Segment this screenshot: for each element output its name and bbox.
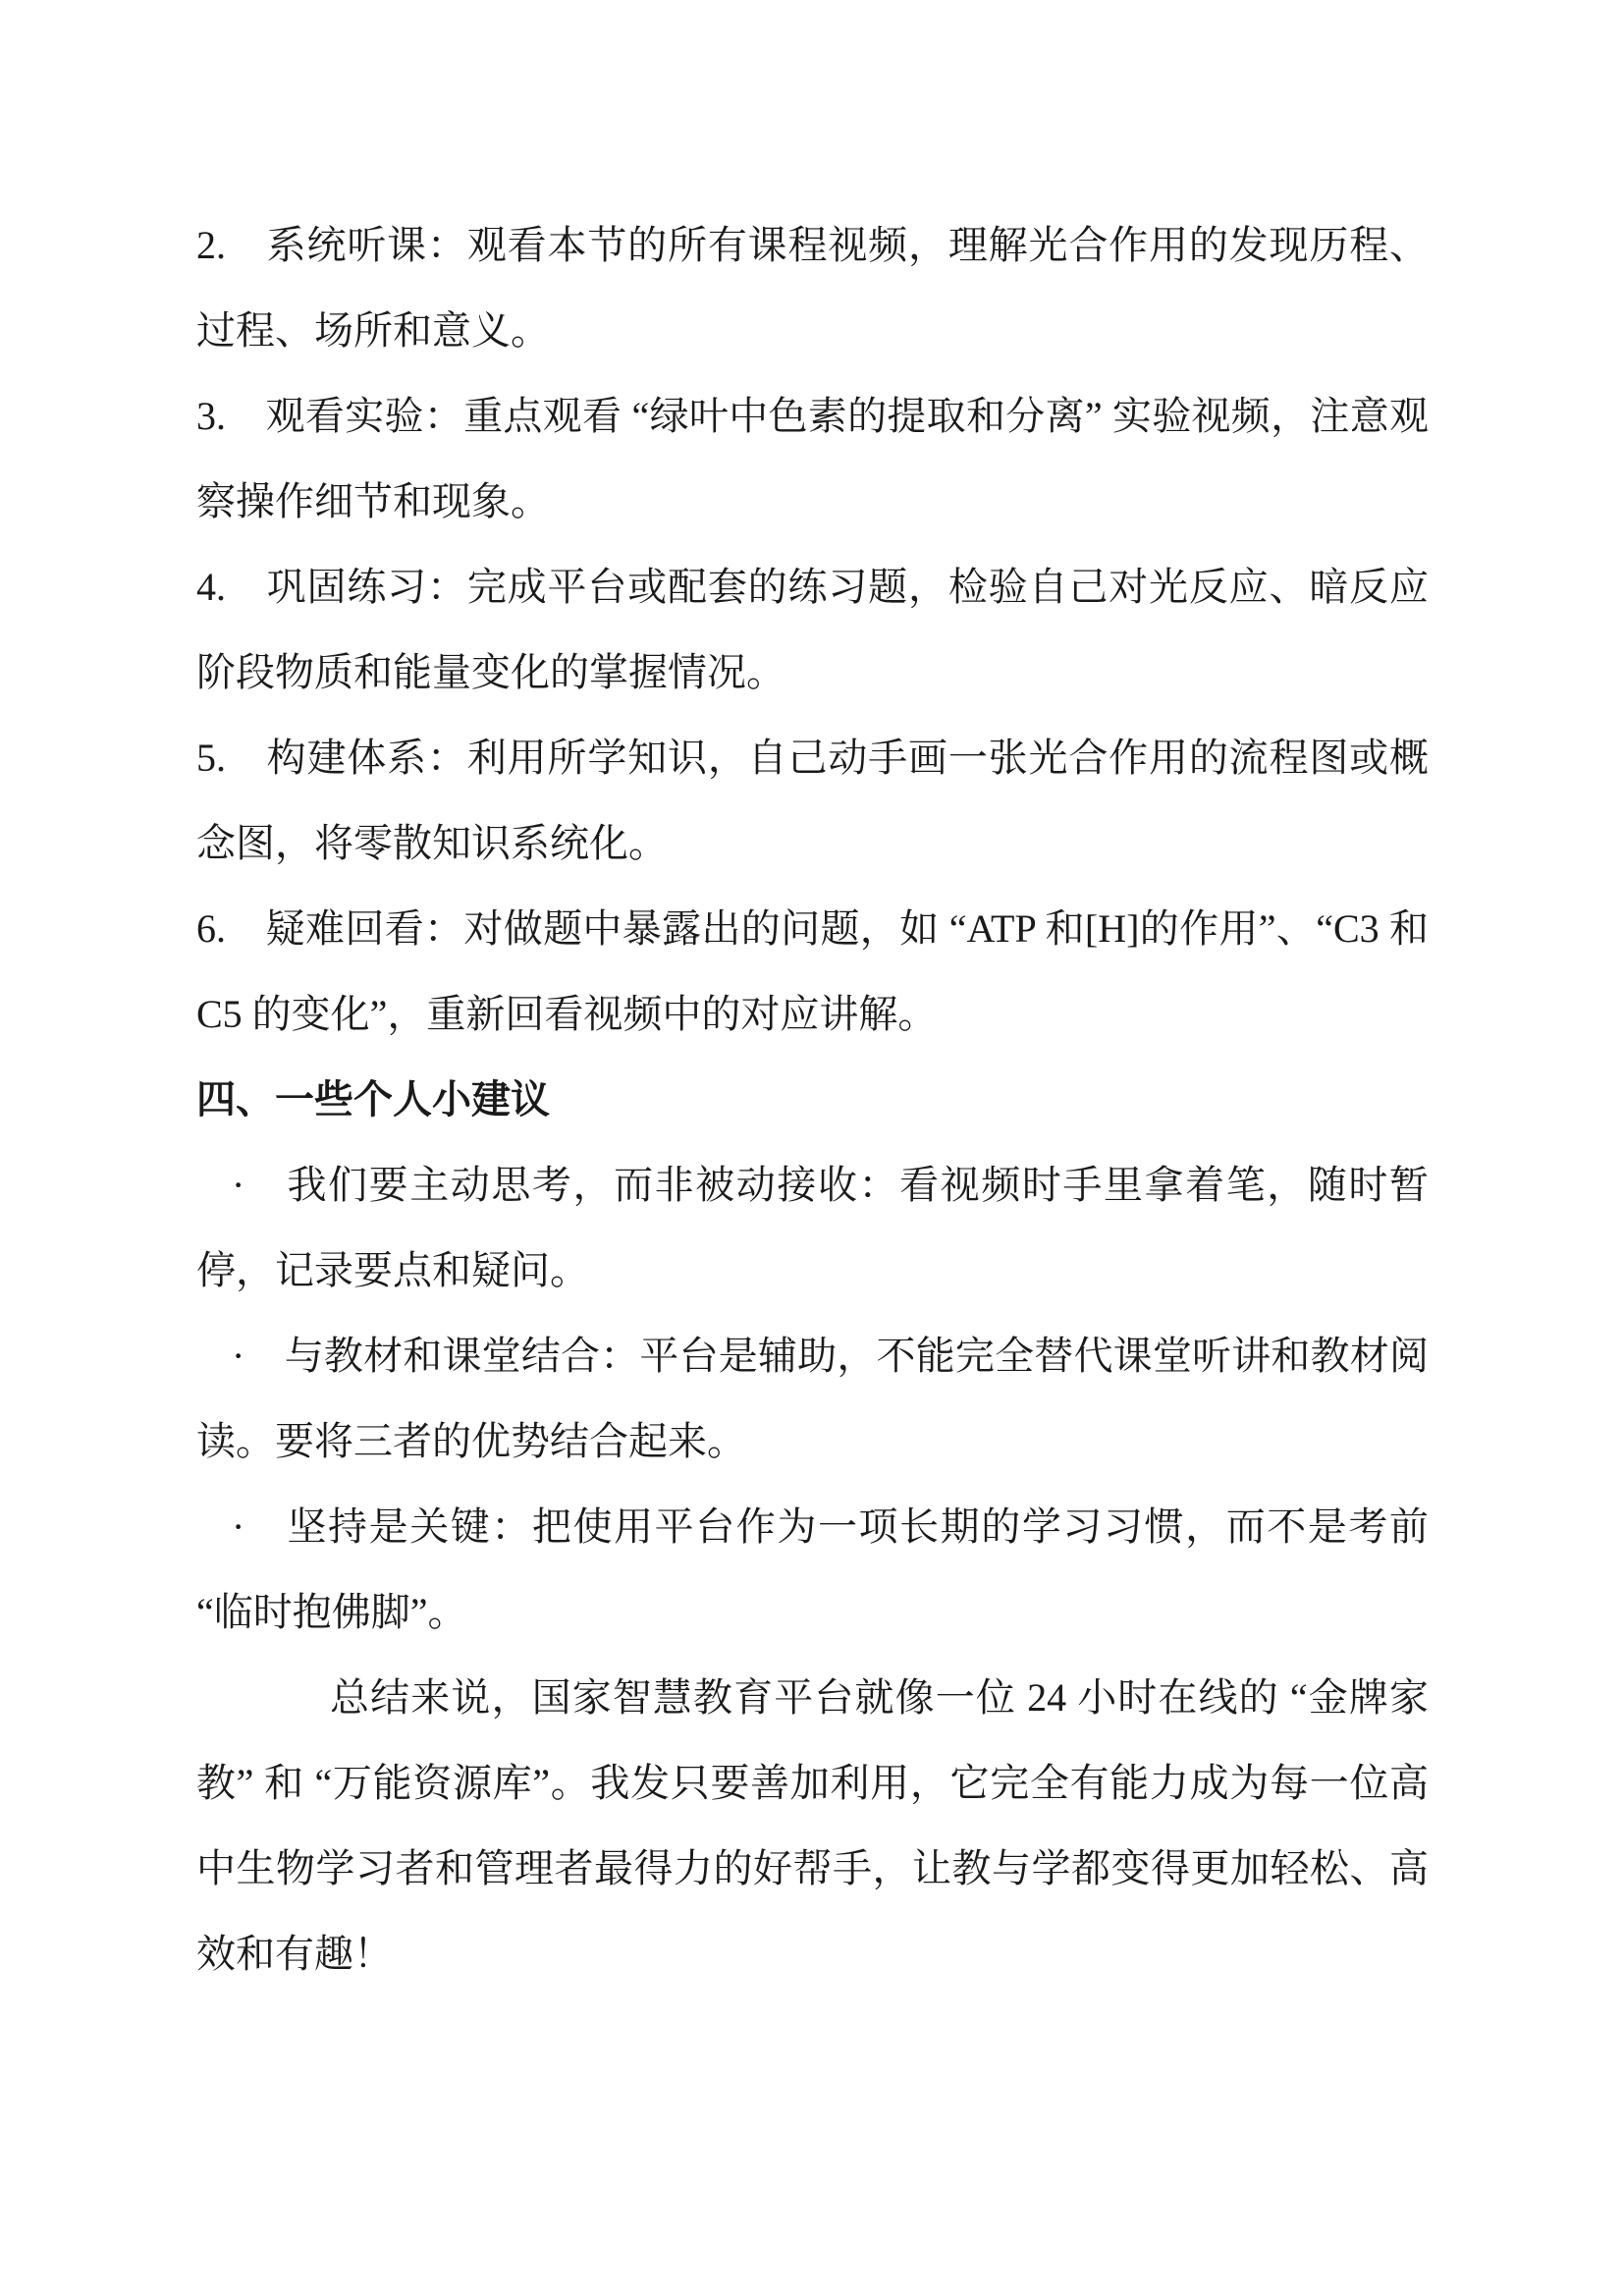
bullet-item-2: · 与教材和课堂结合：平台是辅助，不能完全替代课堂听讲和教材阅读。要将三者的优势…	[196, 1313, 1429, 1484]
document-page: 2. 系统听课：观看本节的所有课程视频，理解光合作用的发现历程、过程、场所和意义…	[0, 0, 1623, 2296]
closing-paragraph: 总结来说，国家智慧教育平台就像一位 24 小时在线的 “金牌家教” 和 “万能资…	[196, 1655, 1429, 1996]
numbered-item-2: 2. 系统听课：观看本节的所有课程视频，理解光合作用的发现历程、过程、场所和意义…	[196, 202, 1429, 373]
numbered-item-4: 4. 巩固练习：完成平台或配套的练习题，检验自己对光反应、暗反应阶段物质和能量变…	[196, 544, 1429, 715]
numbered-item-3: 3. 观看实验：重点观看 “绿叶中色素的提取和分离” 实验视频，注意观察操作细节…	[196, 373, 1429, 544]
bullet-item-1: · 我们要主动思考，而非被动接收：看视频时手里拿着笔，随时暂停，记录要点和疑问。	[196, 1142, 1429, 1313]
section-heading: 四、一些个人小建议	[196, 1057, 1429, 1142]
numbered-item-5: 5. 构建体系：利用所学知识，自己动手画一张光合作用的流程图或概念图，将零散知识…	[196, 715, 1429, 886]
bullet-item-3: · 坚持是关键：把使用平台作为一项长期的学习习惯，而不是考前 “临时抱佛脚”。	[196, 1484, 1429, 1655]
numbered-item-6: 6. 疑难回看：对做题中暴露出的问题，如 “ATP 和[H]的作用”、“C3 和…	[196, 886, 1429, 1057]
